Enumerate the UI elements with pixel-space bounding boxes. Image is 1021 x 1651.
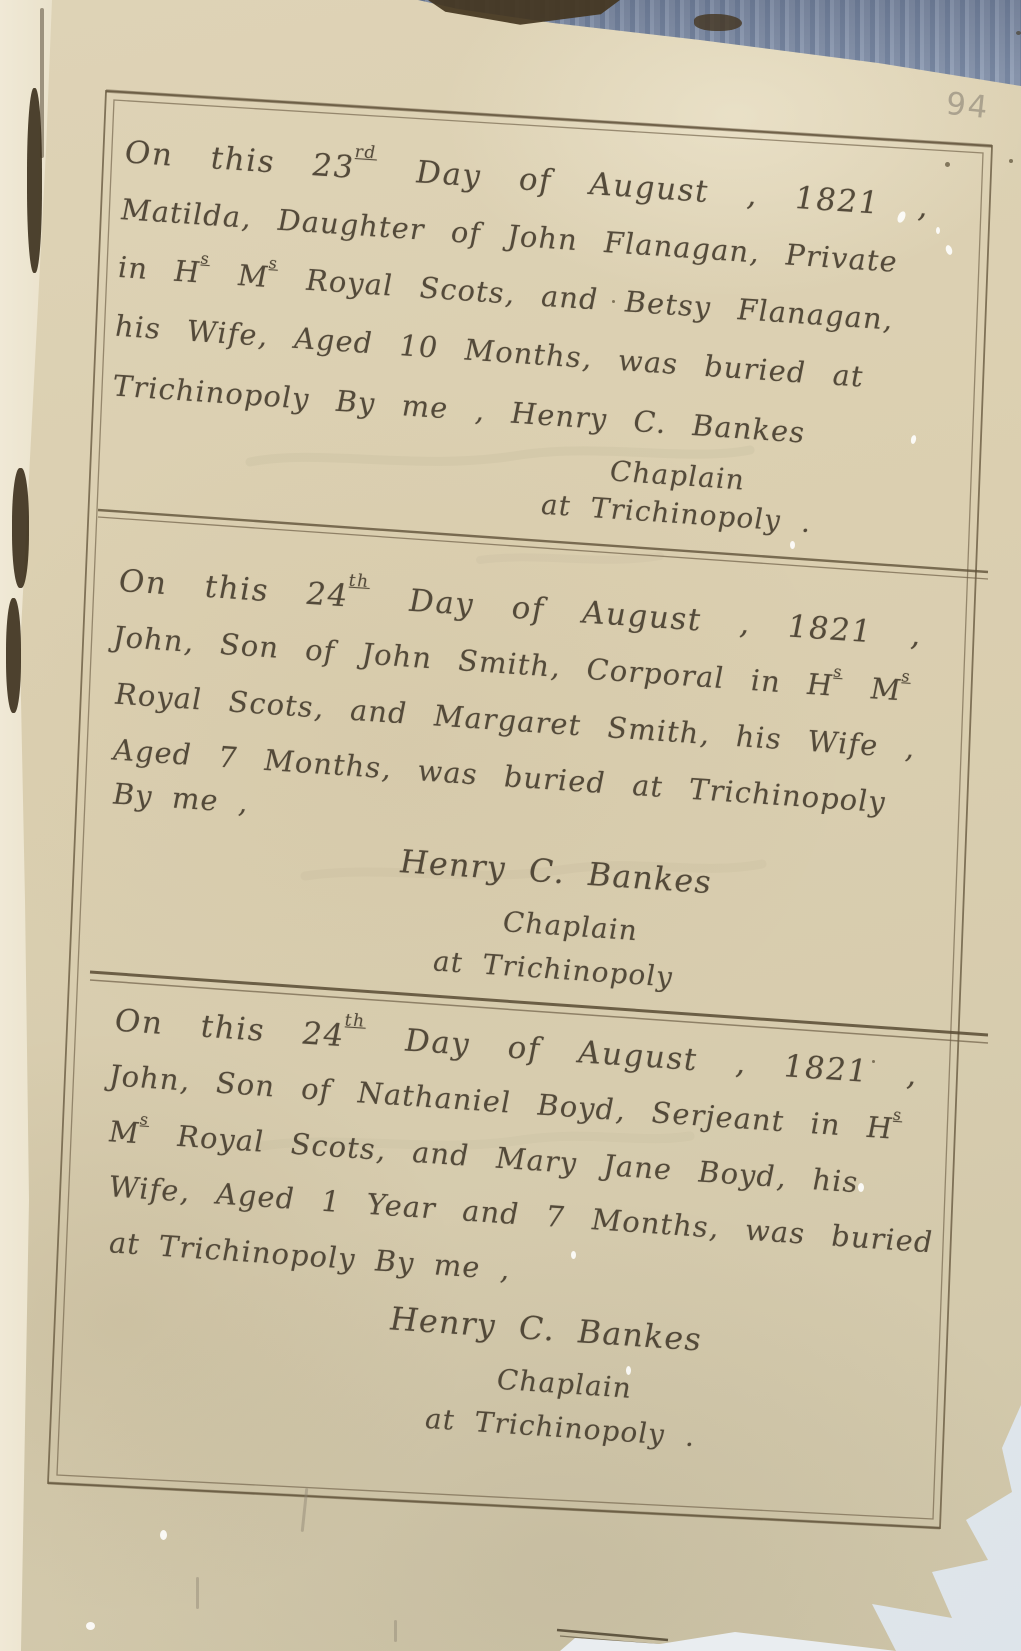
ink-speck (1009, 159, 1013, 163)
entry-1-signature-title: Chaplain (610, 454, 745, 496)
entry-3-signature-place: at Trichinopoly . (425, 1402, 695, 1453)
ink-speck (612, 300, 615, 303)
flash-glint (571, 1251, 576, 1259)
flash-glint (936, 227, 940, 234)
pencil-tick (394, 1620, 397, 1642)
ink-speck (1016, 31, 1021, 35)
entry-3-signature-title: Chaplain (497, 1363, 632, 1405)
entry-3-signature-name: Henry C. Bankes (390, 1299, 702, 1358)
scanned-register-photo: { "page_number": "94", "colors": { "pape… (0, 0, 1021, 1651)
entry-2-signature-name: Henry C. Bankes (400, 842, 712, 901)
ink-speck (872, 1060, 875, 1063)
pencil-tick (196, 1577, 199, 1609)
ink-speck (945, 162, 950, 167)
page-number: 94 (944, 86, 991, 126)
flash-glint (626, 1366, 631, 1375)
flash-glint (86, 1622, 95, 1630)
entry-2-signature-place: at Trichinopoly (433, 944, 673, 993)
handwriting-area: On this 23rd Day of August , 1821 , Mati… (105, 88, 995, 1609)
entry-2-signature-title: Chaplain (503, 905, 638, 947)
entry-1-signature-place: at Trichinopoly . (541, 488, 811, 539)
flash-glint (790, 541, 795, 549)
entry-2-line-5: By me , (113, 777, 248, 820)
entry-3-line-5: at Trichinopoly By me , (109, 1225, 510, 1286)
flash-glint (160, 1530, 167, 1540)
flash-glint (858, 1183, 864, 1192)
